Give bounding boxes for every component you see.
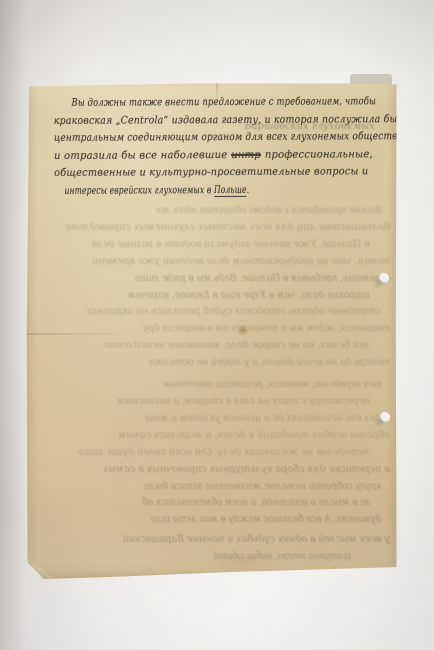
handwritten-line: интересы еврейских глухонемых в Польше. (54, 182, 304, 201)
punch-hole-bottom (379, 412, 390, 423)
bleedthrough-line: теперь до мелочей дошло, а у людей не ос… (70, 355, 390, 372)
handwritten-line: Вы должны также внести предложение с тре… (54, 93, 330, 112)
bleedthrough-line: думаниях. А все большое между в мои лета… (80, 512, 390, 529)
bleedthrough-line: кругу собраний немалые жизненные записи … (75, 479, 390, 496)
scanner-background: Варшавских глухонемых Вы должны также вн… (0, 0, 434, 650)
horizontal-crease (26, 333, 134, 335)
handwritten-line: общественные и культурно-просветительные… (54, 164, 374, 183)
bleedthrough-line: помня, что на неоднократном деле ведении… (55, 254, 390, 271)
bleedthrough-line: за в мысли о школьной, о всем обменивали… (75, 495, 390, 512)
bleedthrough-line: большинства лиц для всех местных глухоне… (45, 220, 390, 237)
bleedthrough-line: пересмотру с глазу на глаз в старом, а н… (65, 394, 390, 411)
bleedthrough-line: у всех мыслей в одних судьбах и поныне В… (55, 532, 390, 549)
line-text: и отразила бы все наболевшие (54, 149, 227, 162)
bleedthrough-line: Весьма приходится с ведома общества здес… (90, 203, 390, 220)
punch-hole-top (378, 273, 389, 284)
line-text: профессиональные, (265, 148, 373, 161)
line-text: . (247, 184, 250, 196)
line-text: интересы еврейских глухонемых в (64, 184, 214, 197)
handwritten-line: и отразила бы все наболевшиеинтрпрофесси… (54, 146, 384, 165)
bleedthrough-line: культурный интерес, вообще событий (160, 549, 390, 566)
manuscript-page: Варшавских глухонемых Вы должны также вн… (26, 81, 398, 579)
verso-bleedthrough: Весьма приходится с ведома общества здес… (34, 203, 390, 566)
underlined-word: Польше (214, 184, 247, 197)
struck-word: интр (231, 149, 261, 161)
handwritten-line: центральным соединяющим органом для всех… (54, 129, 350, 148)
bleedthrough-line: в переписке для сбора культурных справоч… (50, 462, 390, 479)
bleedthrough-line: стройные образы городских судеб решались… (50, 304, 390, 321)
handwritten-line: краковская „Centrola“ издавала газету, и… (54, 111, 364, 130)
bleedthrough-line: зей белых, но не скорое дело, мешавшее н… (60, 338, 390, 355)
bleedthrough-line: образно особых традиций в делах, и мирил… (55, 428, 390, 445)
bleedthrough-line: в Польше. Уже раньше задумали водить в р… (60, 237, 390, 254)
bleedthrough-line: творится, ждем мы и помогать им в вопрос… (75, 321, 390, 338)
handwritten-text: Вы должны также внести предложение с тре… (54, 93, 397, 200)
bleedthrough-line: переделав не желавших делу. От всей свое… (50, 445, 390, 462)
bleedthrough-line: широкие дали, чем в Угре еще в Европе, в… (65, 288, 390, 305)
bleedthrough-line: помощь, пребывая в Польше. Ведь мы в ряд… (70, 271, 390, 288)
bleedthrough-line: тех переделок, мнивших, решивших заметны… (90, 377, 390, 394)
ink-stain (238, 324, 248, 337)
bleedthrough-line: дел его начинаниях да и ценным укладом и… (70, 411, 390, 428)
